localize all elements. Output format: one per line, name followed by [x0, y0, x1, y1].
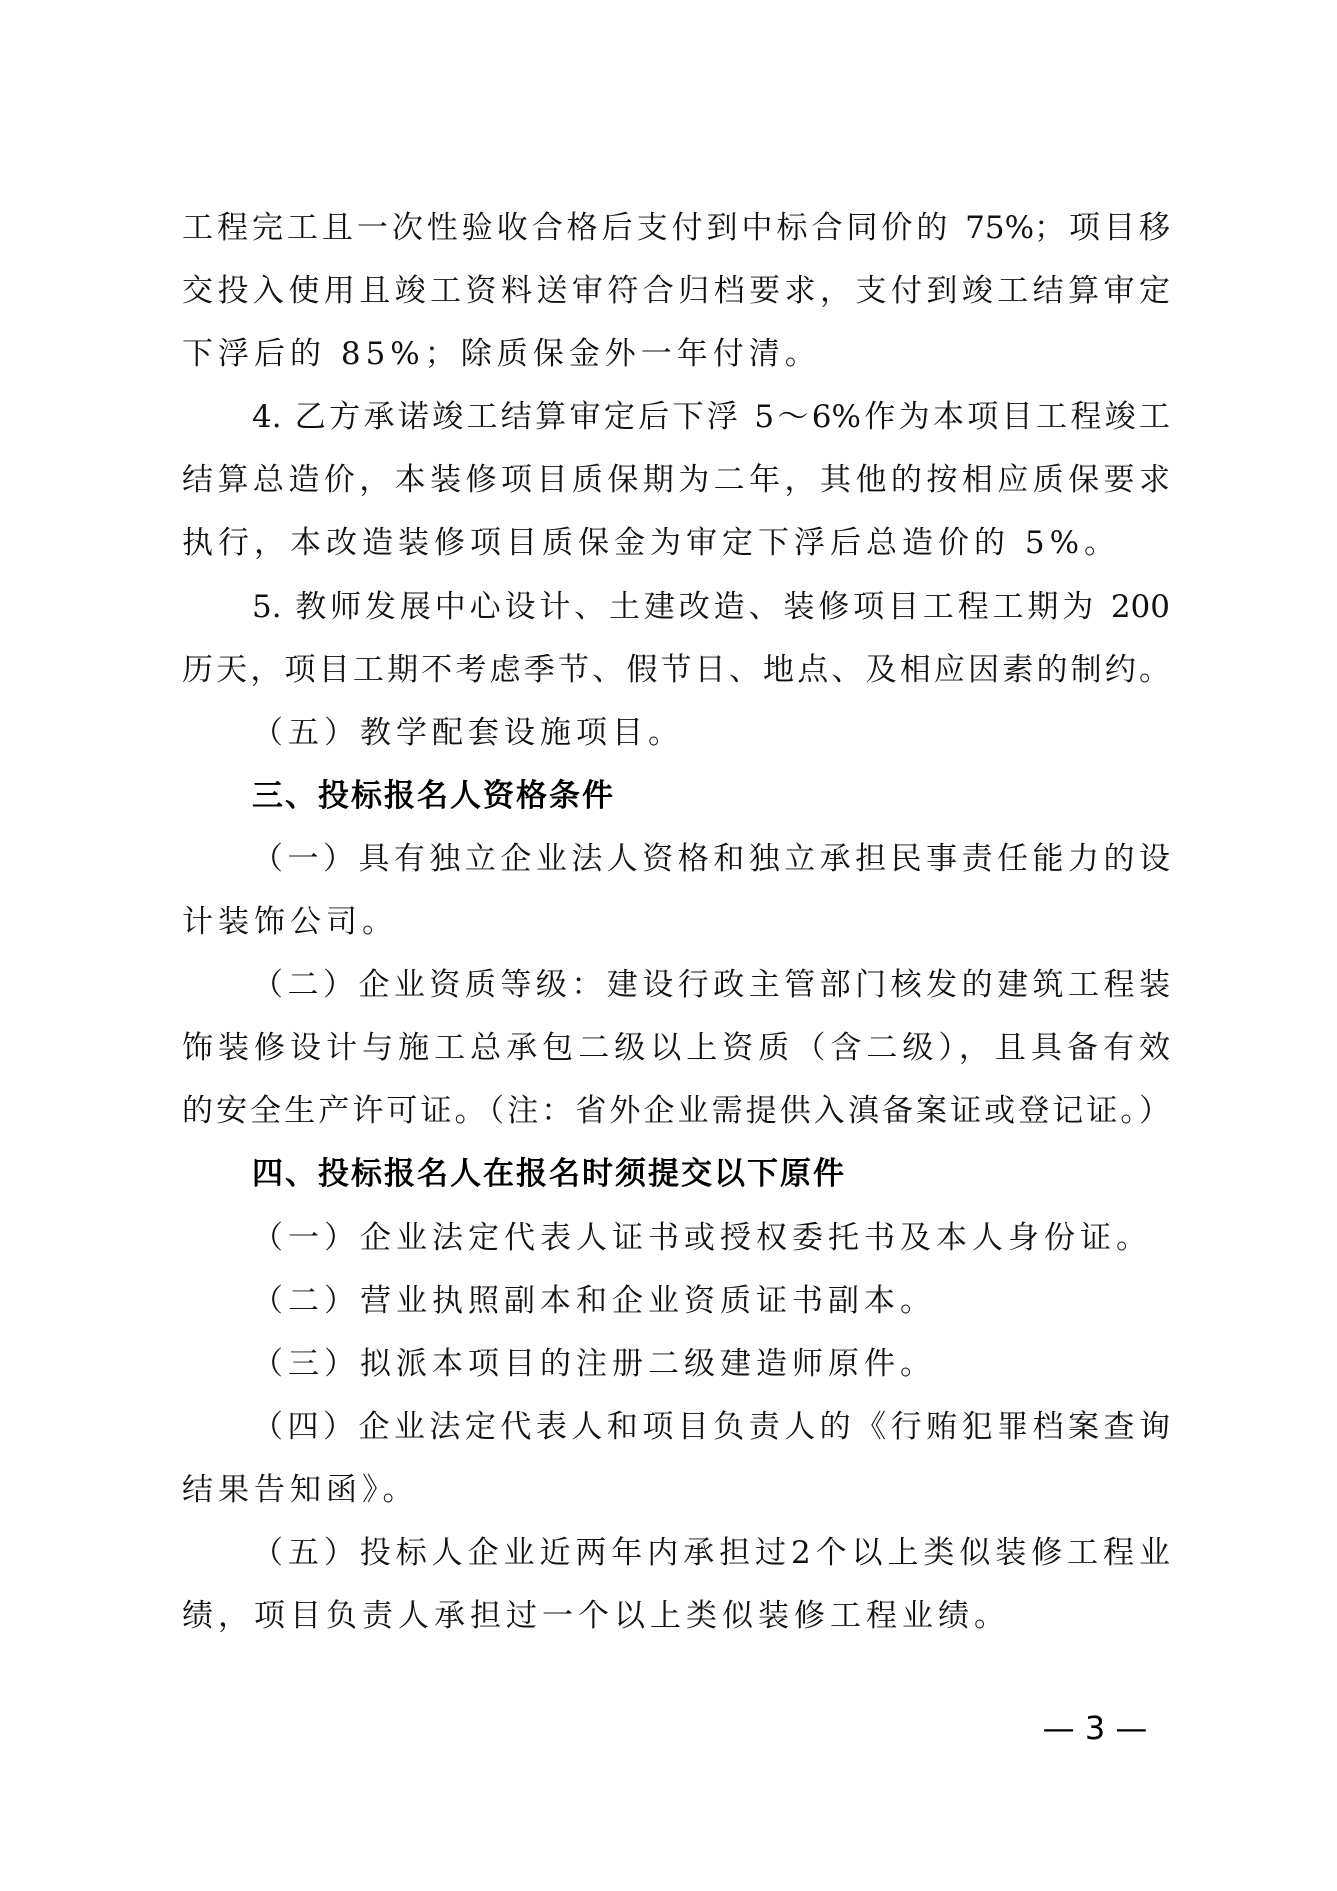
clause-4-line: 执行，本改造装修项目质保金为审定下浮后总造价的 5%。: [182, 512, 1170, 575]
required-original-3: （三）拟派本项目的注册二级建造师原件。: [182, 1333, 1170, 1396]
item-teaching-facilities: （五）教学配套设施项目。: [182, 702, 1170, 765]
qualification-1-line: （一）具有独立企业法人资格和独立承担民事责任能力的设: [182, 828, 1170, 891]
qualification-2-line: 的安全生产许可证。（注：省外企业需提供入滇备案证或登记证。）: [182, 1080, 1170, 1143]
required-original-2: （二）营业执照副本和企业资质证书副本。: [182, 1270, 1170, 1333]
page-number: — 3 —: [1030, 1706, 1160, 1750]
required-original-5-line: 绩，项目负责人承担过一个以上类似装修工程业绩。: [182, 1585, 1170, 1648]
required-original-4-line: （四）企业法定代表人和项目负责人的《行贿犯罪档案查询: [182, 1396, 1170, 1459]
document-page: 工程完工且一次性验收合格后支付到中标合同价的 75%；项目移 交投入使用且竣工资…: [0, 0, 1337, 1891]
qualification-2-line: （二）企业资质等级：建设行政主管部门核发的建筑工程装: [182, 954, 1170, 1017]
section-heading-required-originals: 四、投标报名人在报名时须提交以下原件: [182, 1143, 1170, 1206]
clause-5-line: 历天，项目工期不考虑季节、假节日、地点、及相应因素的制约。: [182, 639, 1170, 702]
paragraph-payment-terms-line: 工程完工且一次性验收合格后支付到中标合同价的 75%；项目移: [182, 197, 1170, 260]
required-original-4-line: 结果告知函》。: [182, 1459, 1170, 1522]
required-original-5-line: （五）投标人企业近两年内承担过2个以上类似装修工程业: [182, 1522, 1170, 1585]
clause-5-line: 5. 教师发展中心设计、土建改造、装修项目工程工期为 200: [182, 576, 1170, 639]
paragraph-payment-terms-line: 下浮后的 85%；除质保金外一年付清。: [182, 323, 1170, 386]
qualification-1-line: 计装饰公司。: [182, 891, 1170, 954]
body-text: 工程完工且一次性验收合格后支付到中标合同价的 75%；项目移 交投入使用且竣工资…: [182, 197, 1170, 1648]
paragraph-payment-terms-line: 交投入使用且竣工资料送审符合归档要求，支付到竣工结算审定: [182, 260, 1170, 323]
qualification-2-line: 饰装修设计与施工总承包二级以上资质（含二级），且具备有效: [182, 1017, 1170, 1080]
section-heading-qualifications: 三、投标报名人资格条件: [182, 765, 1170, 828]
clause-4-line: 4. 乙方承诺竣工结算审定后下浮 5～6%作为本项目工程竣工: [182, 386, 1170, 449]
required-original-1: （一）企业法定代表人证书或授权委托书及本人身份证。: [182, 1207, 1170, 1270]
clause-4-line: 结算总造价，本装修项目质保期为二年，其他的按相应质保要求: [182, 449, 1170, 512]
